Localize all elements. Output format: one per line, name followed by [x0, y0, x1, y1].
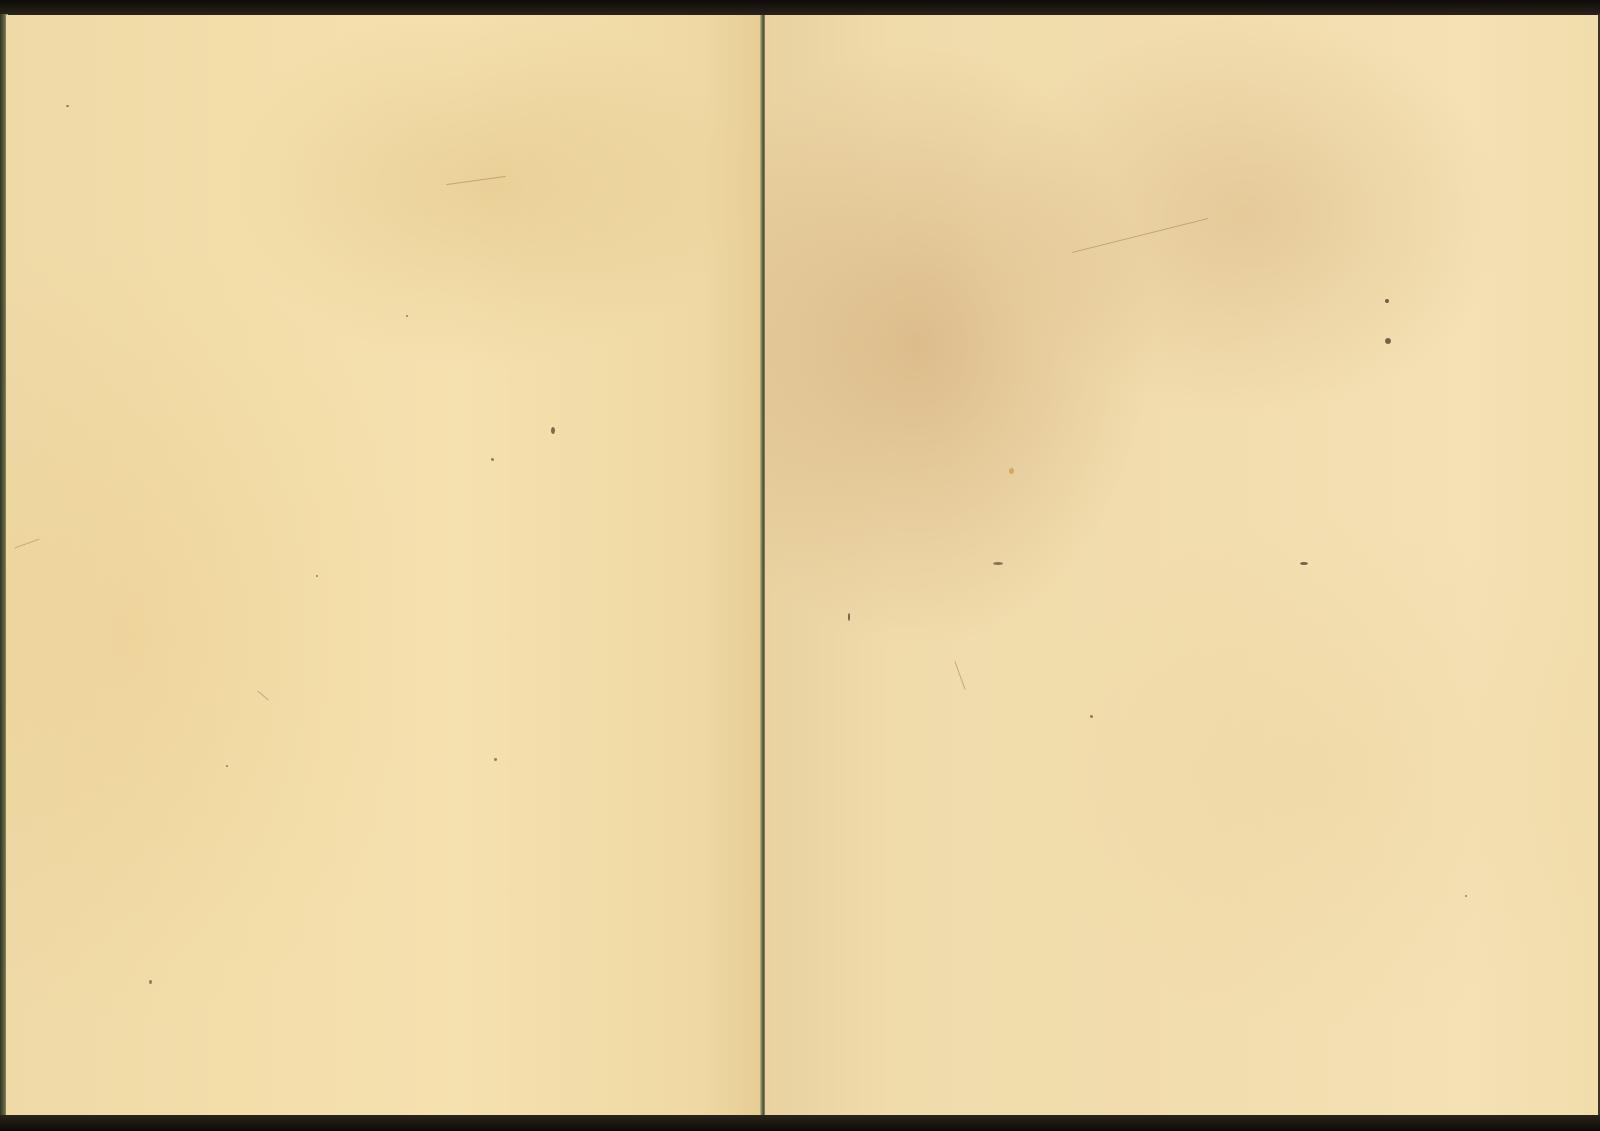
paper-speck: [1300, 562, 1308, 565]
paper-speck: [1385, 299, 1389, 303]
paper-fiber: [954, 661, 965, 690]
left-page: [6, 15, 763, 1116]
paper-speck: [491, 458, 494, 461]
right-page: [765, 15, 1598, 1116]
scan-bottom-border: [0, 1115, 1600, 1131]
book-spread: [6, 15, 1598, 1116]
paper-speck: [66, 105, 69, 107]
paper-speck: [1009, 468, 1014, 474]
paper-speck: [149, 980, 152, 984]
paper-speck: [494, 758, 497, 761]
paper-fiber: [257, 691, 268, 701]
paper-speck: [406, 315, 408, 317]
paper-speck: [1385, 338, 1391, 344]
paper-fiber: [446, 176, 506, 185]
paper-fiber: [15, 539, 40, 549]
scan-top-border: [0, 0, 1600, 16]
paper-speck: [1465, 895, 1467, 897]
paper-speck: [848, 613, 850, 621]
paper-fiber: [1072, 218, 1208, 253]
paper-speck: [226, 765, 228, 767]
paper-speck: [1090, 715, 1093, 718]
paper-speck: [551, 427, 555, 434]
paper-speck: [993, 562, 1003, 565]
paper-speck: [316, 575, 318, 577]
